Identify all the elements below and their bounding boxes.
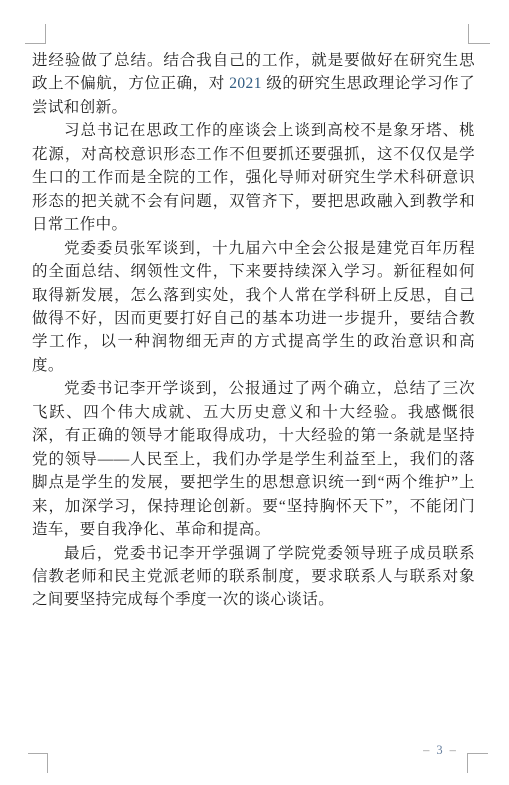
text-run: 习总书记在思政工作的座谈会上谈到高校不是象牙塔、桃花源，对高校意识形态工作不但要… — [32, 122, 475, 233]
crop-mark-top-right-icon — [468, 24, 490, 44]
document-page: 进经验做了总结。结合我自己的工作，就是要做好在研究生思政上不偏航，方位正确，对 … — [0, 0, 509, 785]
text-run: 最后，党委书记李开学强调了学院党委领导班子成员联系信教老师和民主党派老师的联系制… — [32, 545, 475, 609]
footer-dash-left: – — [423, 743, 430, 757]
paragraph: 党委委员张军谈到，十九届六中全会公报是建党百年历程的全面总结、纲领性文件，下来要… — [32, 237, 475, 378]
page-number: 3 — [436, 743, 443, 757]
paragraph: 习总书记在思政工作的座谈会上谈到高校不是象牙塔、桃花源，对高校意识形态工作不但要… — [32, 119, 475, 236]
page-footer: –3– — [398, 743, 482, 758]
crop-mark-top-left-icon — [25, 24, 46, 44]
paragraph: 党委书记李开学谈到，公报通过了两个确立，总结了三次飞跃、四个伟大成就、五大历史意… — [32, 377, 475, 541]
footer-dash-right: – — [450, 743, 457, 757]
text-run: 党委书记李开学谈到，公报通过了两个确立，总结了三次飞跃、四个伟大成就、五大历史意… — [32, 380, 475, 538]
text-run: 党委委员张军谈到，十九届六中全会公报是建党百年历程的全面总结、纲领性文件，下来要… — [32, 240, 475, 374]
document-body: 进经验做了总结。结合我自己的工作，就是要做好在研究生思政上不偏航，方位正确，对 … — [32, 49, 475, 612]
paragraph: 最后，党委书记李开学强调了学院党委领导班子成员联系信教老师和民主党派老师的联系制… — [32, 542, 475, 612]
crop-mark-bottom-left-icon — [28, 753, 48, 773]
year-number: 2021 — [229, 75, 262, 92]
paragraph: 进经验做了总结。结合我自己的工作，就是要做好在研究生思政上不偏航，方位正确，对 … — [32, 49, 475, 119]
